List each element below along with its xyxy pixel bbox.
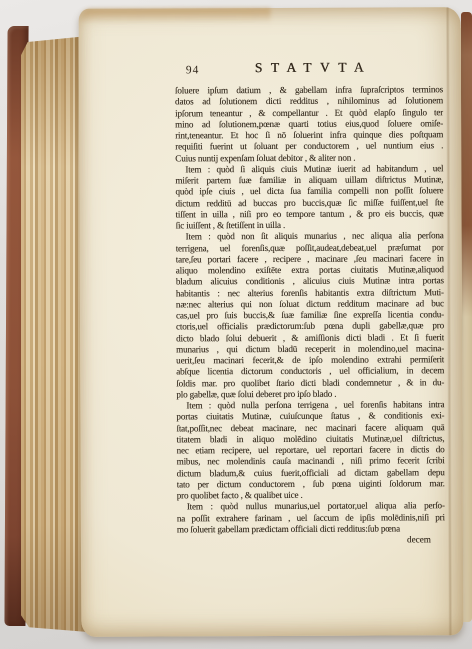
text-line: ſtat,poſſit,nec debeat macinare, nec mac…: [176, 422, 444, 434]
text-line: tiſſent in uilla , niſi pro eo tempore t…: [176, 208, 444, 220]
text-line: mibus, nec molendinis cauſa macinandi , …: [177, 455, 445, 467]
text-line: abſque licentia dictorum conductoris , u…: [176, 365, 444, 377]
text-block: 94 STATVTA ſoluere ipſum datium , & gabe…: [175, 59, 445, 546]
text-line: datos ad ſolutionem dicti redditus , nih…: [175, 95, 443, 107]
text-line: ctoris,uel officialis prædictorum:ſub pœ…: [176, 320, 444, 332]
page-number: 94: [186, 64, 200, 76]
catchword: decem: [177, 534, 445, 546]
text-line: Item : quòd non ſit aliquis munarius , n…: [176, 230, 444, 242]
page-header: 94 STATVTA: [175, 59, 443, 80]
page-top-stain: [81, 8, 271, 24]
text-line: habitantis : nec alterius forenſis habit…: [176, 287, 444, 299]
text-line: na poſſit extrahere farinam , uel ſaccum…: [177, 512, 445, 524]
book-cover-right-edge: [461, 12, 472, 317]
text-line: portas ciuitatis Mutinæ, cuiuſcunque ſta…: [176, 410, 444, 422]
paragraph: Item : quòd non ſit aliquis munarius , n…: [176, 230, 445, 400]
book-page: 94 STATVTA ſoluere ipſum datium , & gabe…: [79, 7, 464, 637]
text-line: bladum alicuius conditionis , alicuius c…: [176, 275, 444, 287]
photo-background: 94 STATVTA ſoluere ipſum datium , & gabe…: [0, 0, 472, 649]
page-block-fore-edge: [21, 36, 88, 632]
gutter-crease: [446, 7, 453, 635]
text-line: terrigena, uel forenſis,quæ poſſit,audea…: [176, 242, 444, 254]
text-line: Item : quòd nullus munarius,uel portator…: [177, 500, 445, 512]
text-line: dictum bladum,& cuius fuerit,officiali a…: [177, 467, 445, 479]
paragraph: Item : quòd nulla perſona terrigena , ue…: [176, 399, 444, 501]
paragraph: Item : quòd ſi aliquis ciuis Mutinæ iuer…: [175, 163, 443, 232]
text-line: ſoldis mar. pro quolibet ſtario dicti bl…: [176, 377, 444, 389]
paragraph: Item : quòd nullus munarius,uel portator…: [177, 500, 445, 535]
book: 94 STATVTA ſoluere ipſum datium , & gabe…: [0, 0, 472, 649]
text-line: dicto blado ſolui debuerit , & amiſſioni…: [176, 332, 444, 344]
text-line: quòd ipſe ciuis , uel dicta ſua familia …: [175, 185, 443, 197]
running-title: STATVTA: [175, 59, 443, 76]
text-line: tato per dictum conductorem , ſub pœna u…: [177, 478, 445, 490]
text-line: ipſorum teneantur , & compellantur . Et …: [175, 107, 443, 119]
text-line: dictum redditū ad buccas pro buccis,quæ …: [175, 197, 443, 209]
body-text: ſoluere ipſum datium , & gabellam infra …: [175, 84, 445, 535]
text-line: requiſiti fuerint ut ſoluant per conduct…: [175, 140, 443, 152]
paragraph: ſoluere ipſum datium , & gabellam infra …: [175, 84, 443, 164]
